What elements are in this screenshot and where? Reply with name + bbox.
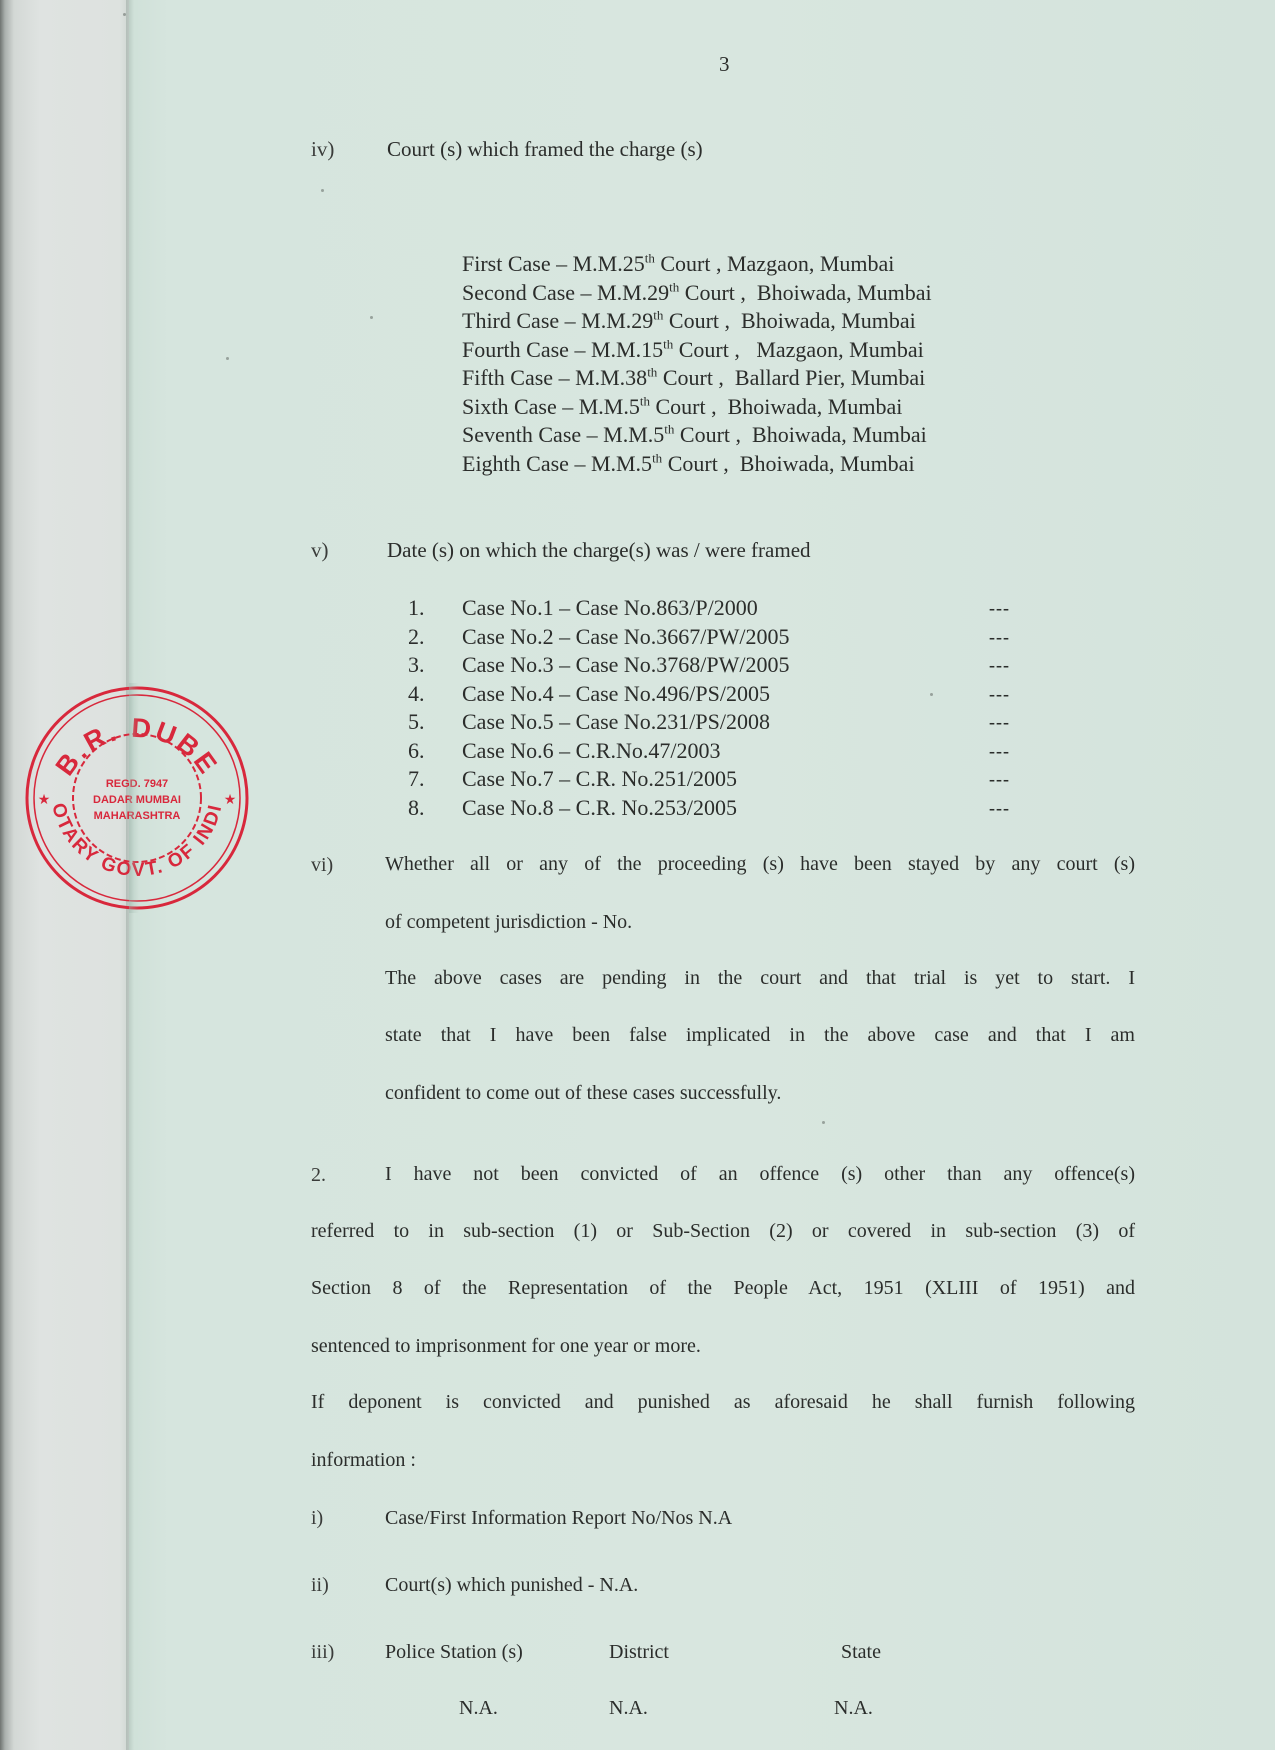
court-case-label: Sixth Case <box>462 394 557 419</box>
ordinal-suffix: th <box>647 365 657 380</box>
scan-speck <box>123 13 126 16</box>
court-number: M.M.29 <box>581 308 653 333</box>
section-vi-line-1: Whether all or any of the proceeding (s)… <box>385 853 1135 876</box>
paragraph-2-line-2: referred to in sub-section (1) or Sub-Se… <box>311 1220 1135 1243</box>
case-text: Case No.1 – Case No.863/P/2000 <box>462 596 758 620</box>
case-number: 5. <box>408 710 425 734</box>
case-text: Case No.2 – Case No.3667/PW/2005 <box>462 625 790 649</box>
ordinal-suffix: th <box>653 308 663 323</box>
ordinal-suffix: th <box>645 251 655 266</box>
court-location: Court , Mazgaon, Mumbai <box>673 337 924 362</box>
court-number: M.M.38 <box>575 365 647 390</box>
value-police-station: N.A. <box>459 1696 498 1720</box>
header-police-station: Police Station (s) <box>385 1640 523 1664</box>
court-item: Eighth Case – M.M.5th Court , Bhoiwada, … <box>462 452 915 476</box>
court-case-label: Third Case <box>462 308 559 333</box>
item-i-text: Case/First Information Report No/Nos N.A <box>385 1506 732 1530</box>
scan-speck <box>930 693 933 696</box>
court-item: Third Case – M.M.29th Court , Bhoiwada, … <box>462 309 916 333</box>
case-text: Case No.5 – Case No.231/PS/2008 <box>462 710 770 734</box>
case-date-value: --- <box>989 655 1010 676</box>
court-number: M.M.29 <box>597 280 669 305</box>
ordinal-suffix: th <box>652 450 662 465</box>
case-text: Case No.7 – C.R. No.251/2005 <box>462 767 737 791</box>
case-text: Case No.8 – C.R. No.253/2005 <box>462 796 737 820</box>
case-number: 8. <box>408 796 425 820</box>
case-date-value: --- <box>989 741 1010 762</box>
statement-line-2: state that I have been false implicated … <box>385 1024 1135 1047</box>
court-number: M.M.15 <box>591 337 663 362</box>
header-state: State <box>841 1640 881 1664</box>
case-number: 6. <box>408 739 425 763</box>
case-number: 3. <box>408 653 425 677</box>
court-location: Court , Ballard Pier, Mumbai <box>657 365 925 390</box>
case-text: Case No.3 – Case No.3768/PW/2005 <box>462 653 790 677</box>
court-location: Court , Mazgaon, Mumbai <box>655 251 895 276</box>
court-item: Second Case – M.M.29th Court , Bhoiwada,… <box>462 281 932 305</box>
court-case-label: Eighth Case <box>462 451 569 476</box>
paragraph-2-line-4: sentenced to imprisonment for one year o… <box>311 1334 701 1358</box>
court-case-label: Fourth Case <box>462 337 569 362</box>
item-i-marker: i) <box>311 1506 323 1530</box>
court-item: First Case – M.M.25th Court , Mazgaon, M… <box>462 252 894 276</box>
item-ii-marker: ii) <box>311 1573 329 1597</box>
court-location: Court , Bhoiwada, Mumbai <box>650 394 902 419</box>
stamp-fold-overlay <box>129 683 139 913</box>
ordinal-suffix: th <box>640 393 650 408</box>
court-case-label: Second Case <box>462 280 575 305</box>
case-number: 7. <box>408 767 425 791</box>
case-number: 1. <box>408 596 425 620</box>
case-date-value: --- <box>989 769 1010 790</box>
section-iv-marker: iv) <box>311 137 334 161</box>
court-case-label: Seventh Case <box>462 422 581 447</box>
section-iv-heading: Court (s) which framed the charge (s) <box>387 137 703 161</box>
section-v-heading: Date (s) on which the charge(s) was / we… <box>387 538 811 562</box>
case-number: 2. <box>408 625 425 649</box>
court-item: Fourth Case – M.M.15th Court , Mazgaon, … <box>462 338 924 362</box>
case-text: Case No.6 – C.R.No.47/2003 <box>462 739 721 763</box>
section-vi-marker: vi) <box>311 853 333 877</box>
section-v-marker: v) <box>311 538 329 562</box>
court-location: Court , Bhoiwada, Mumbai <box>662 451 914 476</box>
court-item: Fifth Case – M.M.38th Court , Ballard Pi… <box>462 366 925 390</box>
case-date-value: --- <box>989 712 1010 733</box>
court-case-label: First Case <box>462 251 551 276</box>
ordinal-suffix: th <box>664 422 674 437</box>
case-text: Case No.4 – Case No.496/PS/2005 <box>462 682 770 706</box>
case-date-value: --- <box>989 598 1010 619</box>
page-number: 3 <box>719 52 730 76</box>
statement-line-1: The above cases are pending in the court… <box>385 967 1135 990</box>
paragraph-2-line-3: Section 8 of the Representation of the P… <box>311 1277 1135 1300</box>
court-location: Court , Bhoiwada, Mumbai <box>663 308 915 333</box>
case-date-value: --- <box>989 798 1010 819</box>
scan-speck <box>370 316 373 319</box>
header-district: District <box>609 1640 669 1664</box>
case-date-value: --- <box>989 627 1010 648</box>
condition-line-1: If deponent is convicted and punished as… <box>311 1391 1135 1414</box>
court-number: M.M.25 <box>573 251 645 276</box>
case-number: 4. <box>408 682 425 706</box>
court-location: Court , Bhoiwada, Mumbai <box>674 422 926 447</box>
court-number: M.M.5 <box>579 394 640 419</box>
paragraph-2-marker: 2. <box>311 1163 326 1187</box>
condition-line-2: information : <box>311 1448 416 1472</box>
paragraph-2-line-1: I have not been convicted of an offence … <box>385 1163 1135 1186</box>
value-state: N.A. <box>834 1696 873 1720</box>
court-item: Sixth Case – M.M.5th Court , Bhoiwada, M… <box>462 395 902 419</box>
item-iii-marker: iii) <box>311 1640 334 1664</box>
statement-line-3: confident to come out of these cases suc… <box>385 1081 781 1105</box>
item-ii-text: Court(s) which punished - N.A. <box>385 1573 638 1597</box>
scan-speck <box>321 189 324 192</box>
ordinal-suffix: th <box>669 279 679 294</box>
stamp-star-icon: ★ <box>38 793 51 808</box>
case-date-value: --- <box>989 684 1010 705</box>
value-district: N.A. <box>609 1696 648 1720</box>
court-case-label: Fifth Case <box>462 365 553 390</box>
court-location: Court , Bhoiwada, Mumbai <box>679 280 931 305</box>
scan-speck <box>822 1121 825 1124</box>
ordinal-suffix: th <box>663 336 673 351</box>
court-number: M.M.5 <box>591 451 652 476</box>
scan-speck <box>226 357 229 360</box>
stamp-star-icon: ★ <box>224 793 237 808</box>
court-number: M.M.5 <box>603 422 664 447</box>
section-vi-line-2: of competent jurisdiction - No. <box>385 910 632 934</box>
court-item: Seventh Case – M.M.5th Court , Bhoiwada,… <box>462 423 927 447</box>
